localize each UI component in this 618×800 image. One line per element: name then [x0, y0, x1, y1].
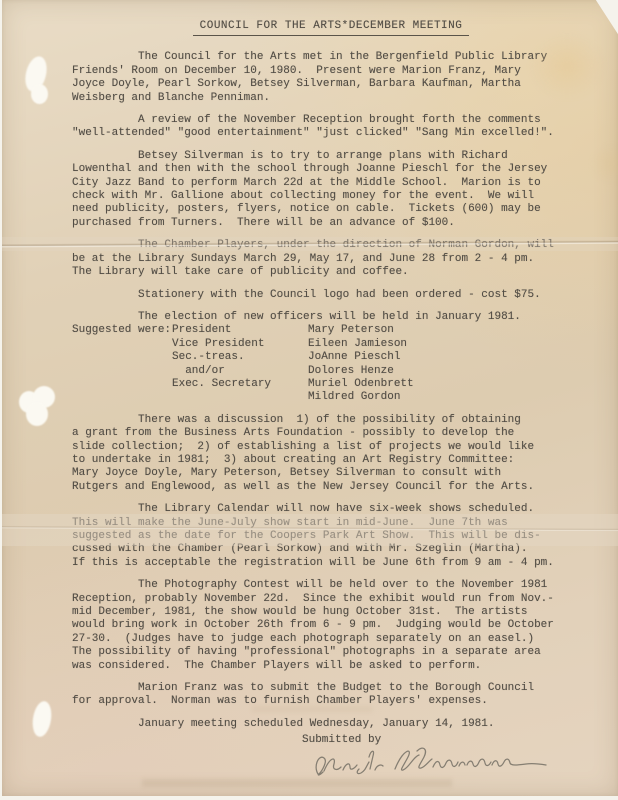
officer-name: Mary Peterson: [308, 324, 394, 336]
punch-hole-middle-3: [26, 402, 48, 426]
paragraph-budget: Marion Franz was to submit the Budget to…: [72, 682, 590, 709]
paragraph-stationery: Stationery with the Council logo had bee…: [72, 289, 590, 302]
typewritten-content: COUNCIL FOR THE ARTS*DECEMBER MEETING Th…: [2, 0, 618, 740]
officer-office: Vice President: [172, 338, 308, 351]
officers-lead-label: Suggested were:: [72, 324, 172, 337]
document-title: COUNCIL FOR THE ARTS*DECEMBER MEETING: [193, 20, 470, 36]
document-page: COUNCIL FOR THE ARTS*DECEMBER MEETING Th…: [2, 0, 618, 796]
punch-hole-top-2: [31, 84, 48, 104]
officer-row: Sec.-treas.JoAnne Pieschl: [72, 351, 590, 364]
officers-list: Suggested were:PresidentMary PetersonVic…: [72, 324, 590, 404]
officer-name: Dolores Henze: [308, 365, 394, 377]
officer-office: and/or: [172, 365, 308, 378]
officer-row: Exec. SecretaryMuriel Odenbrett: [72, 378, 590, 391]
officer-name: Eileen Jamieson: [308, 338, 407, 350]
officer-office: President: [172, 324, 308, 337]
officer-office: Exec. Secretary: [172, 378, 308, 391]
paragraph-library-calendar: The Library Calendar will now have six-w…: [72, 503, 590, 570]
officer-row: and/orDolores Henze: [72, 365, 590, 378]
paragraph-attendance: The Council for the Arts met in the Berg…: [72, 51, 590, 105]
paragraph-jazz-band: Betsey Silverman is to try to arrange pl…: [72, 150, 590, 230]
paragraph-reception-review: A review of the November Reception broug…: [72, 114, 590, 141]
paragraph-chamber-players: The Chamber Players, under the direction…: [72, 239, 590, 279]
officer-name: Mildred Gordon: [308, 391, 400, 403]
officer-office: Sec.-treas.: [172, 351, 308, 364]
paragraph-january-meeting: January meeting scheduled Wednesday, Jan…: [72, 718, 590, 731]
officer-name: Muriel Odenbrett: [308, 378, 414, 390]
signature-blanche-penniman: [310, 744, 548, 788]
officer-row: Suggested were:PresidentMary Peterson: [72, 324, 590, 337]
paragraph-photography-contest: The Photography Contest will be held ove…: [72, 579, 590, 673]
paragraph-election-intro: The election of new officers will be hel…: [72, 311, 521, 323]
officer-row: Mildred Gordon: [72, 391, 590, 404]
officer-name: JoAnne Pieschl: [308, 351, 400, 363]
paragraph-discussion: There was a discussion 1) of the possibi…: [72, 414, 590, 494]
title-row: COUNCIL FOR THE ARTS*DECEMBER MEETING: [72, 20, 590, 36]
officer-row: Vice PresidentEileen Jamieson: [72, 338, 590, 351]
election-section: The election of new officers will be hel…: [72, 311, 590, 405]
